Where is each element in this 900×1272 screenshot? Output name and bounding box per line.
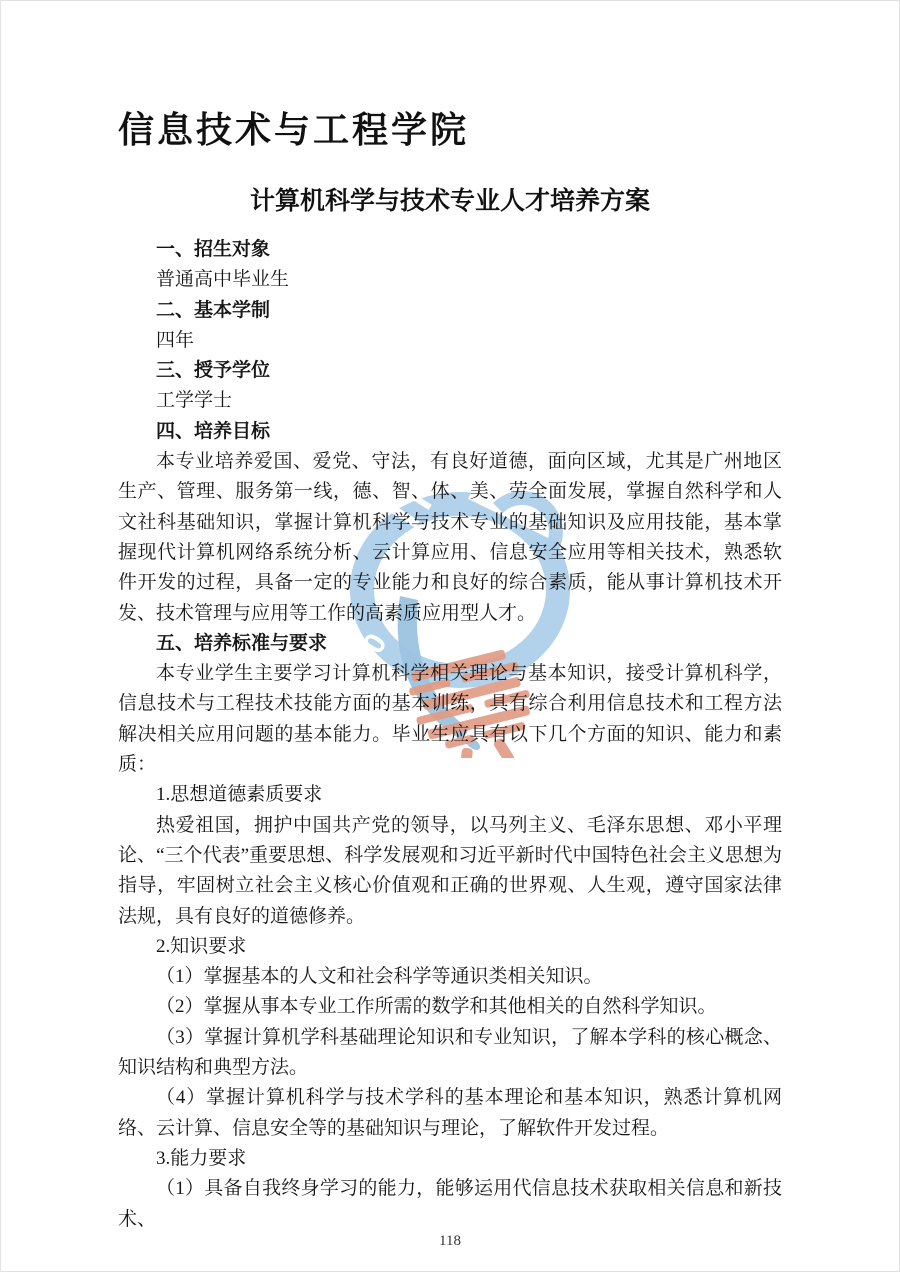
subheading-moral-quality: 1.思想道德素质要求 <box>118 780 782 810</box>
page-number: 118 <box>0 1233 900 1250</box>
document-page: 10 97 信息技术与工程学院 计算机科学与技术专业人才培养方案 一、招 <box>0 0 900 1272</box>
page-content: 信息技术与工程学院 计算机科学与技术专业人才培养方案 一、招生对象 普通高中毕业… <box>118 108 782 1235</box>
knowledge-item-2: （2）掌握从事本专业工作所需的数学和其他相关的自然科学知识。 <box>118 992 782 1022</box>
paragraph-moral-quality: 热爱祖国，拥护中国共产党的领导，以马列主义、毛泽东思想、邓小平理论、“三个代表”… <box>118 811 782 932</box>
section-heading-degree: 三、授予学位 <box>118 356 782 386</box>
paragraph-duration: 四年 <box>118 326 782 356</box>
section-heading-duration: 二、基本学制 <box>118 296 782 326</box>
paragraph-enrollment: 普通高中毕业生 <box>118 265 782 295</box>
section-heading-objectives: 四、培养目标 <box>118 417 782 447</box>
college-title: 信息技术与工程学院 <box>118 108 782 151</box>
paragraph-objectives: 本专业培养爱国、爱党、守法，有良好道德，面向区域，尤其是广州地区生产、管理、服务… <box>118 447 782 629</box>
document-body: 一、招生对象 普通高中毕业生 二、基本学制 四年 三、授予学位 工学学士 四、培… <box>118 235 782 1235</box>
section-heading-standards: 五、培养标准与要求 <box>118 629 782 659</box>
paragraph-degree: 工学学士 <box>118 386 782 416</box>
paragraph-standards-intro: 本专业学生主要学习计算机科学相关理论与基本知识，接受计算机科学，信息技术与工程技… <box>118 659 782 780</box>
knowledge-item-1: （1）掌握基本的人文和社会科学等通识类相关知识。 <box>118 962 782 992</box>
knowledge-item-3: （3）掌握计算机学科基础理论知识和专业知识，了解本学科的核心概念、知识结构和典型… <box>118 1023 782 1084</box>
ability-item-1: （1）具备自我终身学习的能力，能够运用代信息技术获取相关信息和新技术、 <box>118 1174 782 1235</box>
knowledge-item-4: （4）掌握计算机科学与技术学科的基本理论和基本知识，熟悉计算机网络、云计算、信息… <box>118 1083 782 1144</box>
document-title: 计算机科学与技术专业人才培养方案 <box>118 185 782 218</box>
subheading-ability: 3.能力要求 <box>118 1144 782 1174</box>
subheading-knowledge: 2.知识要求 <box>118 932 782 962</box>
section-heading-enrollment: 一、招生对象 <box>118 235 782 265</box>
